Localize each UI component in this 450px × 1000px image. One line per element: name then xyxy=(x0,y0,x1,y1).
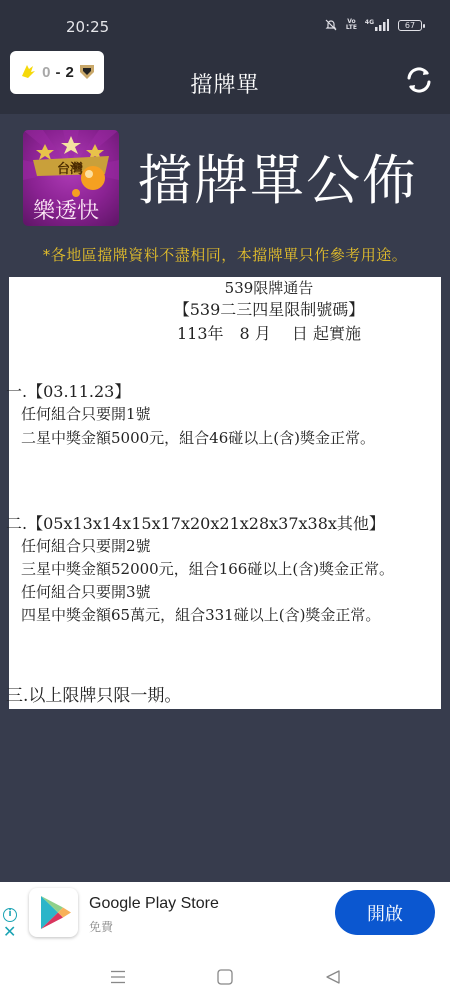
section-3-heading: 三.以上限牌只限一期。 xyxy=(6,681,181,706)
section-2-line: 三星中獎金額52000元，組合166碰以上(含)獎金正常。 xyxy=(21,558,394,579)
ad-banner[interactable]: i ✕ Google Play Store 免費 開啟 xyxy=(0,882,450,954)
logo-top-text: 台灣 xyxy=(57,158,83,177)
refresh-icon xyxy=(404,65,434,95)
ad-info-icon[interactable]: i xyxy=(3,908,17,922)
system-nav-bar xyxy=(0,954,450,1000)
4g-signal-icon: 4G xyxy=(365,19,389,31)
banner-title: 擋牌單公佈 xyxy=(138,148,418,214)
battery-icon: 67 xyxy=(398,20,422,31)
menu-icon xyxy=(110,970,126,984)
app-bar: 0 - 2 擋牌單 xyxy=(0,50,450,114)
status-icons: VoLTE 4G 67 xyxy=(325,19,422,31)
section-2-line: 任何組合只要開2號 xyxy=(21,535,151,556)
ad-app-name: Google Play Store xyxy=(89,895,219,913)
disclaimer-notice: *各地區擋牌資料不盡相同，本擋牌單只作參考用途。 xyxy=(0,244,450,265)
section-1-line: 任何組合只要開1號 xyxy=(21,403,151,424)
volte-icon: VoLTE xyxy=(346,19,356,31)
doc-effective-date: 113年 8 月 日 起實施 xyxy=(9,321,441,344)
refresh-button[interactable] xyxy=(404,65,434,95)
section-1-heading: 一.【03.11.23】 xyxy=(6,379,130,402)
home-icon xyxy=(217,969,233,985)
mute-bell-icon xyxy=(325,19,337,31)
section-2-line: 四星中獎金額65萬元，組合331碰以上(含)獎金正常。 xyxy=(21,604,380,625)
status-time: 20:25 xyxy=(66,18,109,36)
page-title: 擋牌單 xyxy=(0,68,450,99)
back-button[interactable] xyxy=(320,964,346,990)
status-bar: 20:25 VoLTE 4G 67 xyxy=(0,0,450,50)
network-label: 4G xyxy=(365,19,374,26)
section-1-line: 二星中獎金額5000元，組合46碰以上(含)獎金正常。 xyxy=(21,427,375,448)
ad-open-button[interactable]: 開啟 xyxy=(335,890,435,935)
recent-apps-button[interactable] xyxy=(105,964,131,990)
doc-subtitle: 【539二三四星限制號碼】 xyxy=(9,297,441,320)
back-icon xyxy=(325,969,341,985)
section-2-heading: 二.【05x13x14x15x17x20x21x28x37x38x其他】 xyxy=(6,511,385,534)
ad-price: 免費 xyxy=(89,918,113,935)
home-button[interactable] xyxy=(212,964,238,990)
lottery-app-logo: 台灣 樂透快 xyxy=(23,130,119,226)
restriction-notice-document: 539限牌通告 【539二三四星限制號碼】 113年 8 月 日 起實施 一.【… xyxy=(9,277,441,709)
play-store-logo-icon xyxy=(29,888,78,937)
ad-close-icon[interactable]: ✕ xyxy=(3,924,16,940)
logo-main-text: 樂透快 xyxy=(33,194,99,225)
doc-title: 539限牌通告 xyxy=(9,277,441,298)
section-2-line: 任何組合只要開3號 xyxy=(21,581,151,602)
